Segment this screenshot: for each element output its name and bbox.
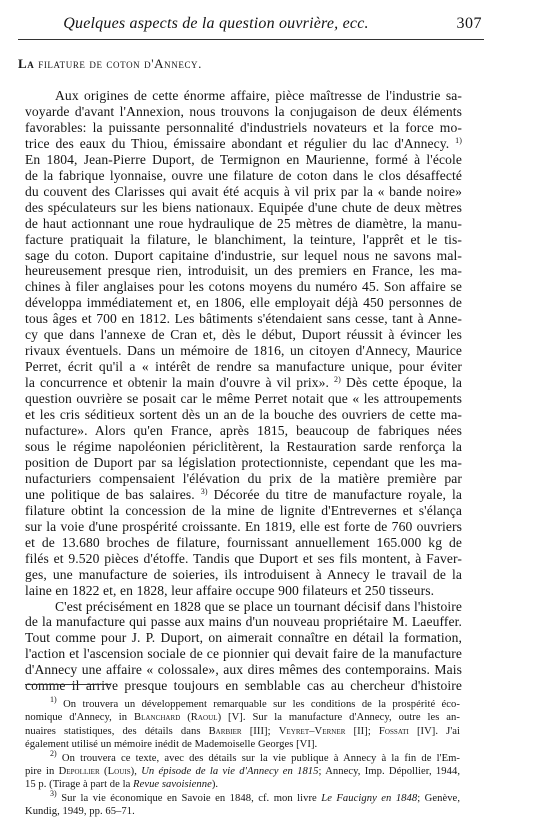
text-line: Aux origines de cette énorme affaire, pi…: [25, 88, 462, 104]
footnote-line: 15 p. (Tirage à part de la Revue savoisi…: [25, 778, 460, 791]
footnote-line: nuaires statistiques, des détails dans B…: [25, 725, 460, 738]
body-text: Aux origines de cette énorme affaire, pi…: [25, 88, 462, 694]
text-line: laine en 1822 et, en 1828, leur affaire …: [25, 583, 462, 599]
text-segment: [II];: [345, 726, 378, 737]
footnote-ref-1[interactable]: 1): [455, 136, 462, 145]
work-title: Revue savoisienne: [133, 779, 212, 790]
text-segment: Décorée du titre de manufacture royale, …: [208, 487, 462, 502]
footnote-line: également utilisé un mémoire inédit de M…: [25, 738, 460, 751]
footnote-line: 1) On trouvera un développement remarqua…: [25, 698, 460, 711]
text-segment: pire in: [25, 766, 59, 777]
text-line: facture pratiquait la filature, le blanc…: [25, 232, 462, 248]
text-line: question ouvrière se posait car le même …: [25, 391, 462, 407]
text-line: trice des eaux du Thiou, émissaire abond…: [25, 136, 462, 152]
footnote-3: 3) Sur la vie économique en Savoie en 18…: [25, 792, 460, 819]
footnote-ref-2[interactable]: 2): [334, 375, 341, 384]
text-segment: [III];: [242, 726, 279, 737]
text-line: sage du coton. Duport capitaine d'indust…: [25, 248, 462, 264]
text-line: nufacturiers compensaient l'élévation du…: [25, 471, 462, 487]
text-segment: 15 p. (Tirage à part de la: [25, 779, 133, 790]
section-heading-text: filature de coton d'Annecy.: [38, 56, 202, 71]
text-segment: On trouvera un développement remarquable…: [57, 699, 460, 710]
footnote-marker: 1): [50, 695, 57, 704]
text-segment: On trouvera ce texte, avec des détails s…: [57, 753, 460, 764]
section-heading: La filature de coton d'Annecy.: [18, 56, 202, 72]
text-line: et de 13.680 broches de filature, fourni…: [25, 535, 462, 551]
text-line: Perret, écrit qu'il a « intérêt de rendr…: [25, 359, 462, 375]
text-line: heureusement presque rien, introduisit, …: [25, 263, 462, 279]
text-line: position de Duport par sa législation pr…: [25, 455, 462, 471]
text-line: de la fabrique lyonnaise, ouvre une fila…: [25, 168, 462, 184]
text-line: d'Annecy une affaire « colossale», aux d…: [25, 662, 462, 678]
text-line: de la manufacture qui passe aux mains d'…: [25, 614, 462, 630]
footnote-marker: 2): [50, 749, 57, 758]
text-segment: [IV]. J'ai: [409, 726, 460, 737]
text-segment: ; Genève,: [417, 793, 460, 804]
work-title: Le Faucigny en 1848: [321, 793, 417, 804]
footnote-2: 2) On trouvera ce texte, avec des détail…: [25, 752, 460, 792]
text-line: Tout comme pour J. P. Duport, on aimerai…: [25, 630, 462, 646]
text-line: et les cris séditieux sortent dès un an …: [25, 407, 462, 423]
footnote-line: 2) On trouvera ce texte, avec des détail…: [25, 752, 460, 765]
text-line: filature obtint la concession de la mine…: [25, 503, 462, 519]
paragraph-2: C'est précisément en 1828 que se place u…: [25, 599, 462, 695]
running-title: Quelques aspects de la question ouvrière…: [18, 15, 414, 33]
author-name: Veyret–Verner: [279, 726, 346, 737]
footnote-line: nomique d'Annecy, in Blanchard (Raoul) […: [25, 711, 460, 724]
footnote-divider: [25, 684, 111, 685]
section-heading-lead: La: [18, 56, 34, 71]
footnote-marker: 3): [50, 789, 57, 798]
text-line: filés et 9.520 pièces d'étoffe. Tandis q…: [25, 551, 462, 567]
footnote-1: 1) On trouvera un développement remarqua…: [25, 698, 460, 752]
text-segment: Sur la vie économique en Savoie en 1848,…: [57, 793, 322, 804]
text-line: l'action et l'ascension sociale de ce pi…: [25, 646, 462, 662]
text-line: des spéculateurs sur les biens nationaux…: [25, 200, 462, 216]
text-line: du couvent des Clarisses qui avait été a…: [25, 184, 462, 200]
text-line: nufacture». Alors qu'en France, après 18…: [25, 423, 462, 439]
footnote-line: pire in Depollier (Louis), Un épisode de…: [25, 765, 460, 778]
author-name: Barbier: [209, 726, 242, 737]
text-line: C'est précisément en 1828 que se place u…: [25, 599, 462, 615]
text-segment: la concurrence et obtenir la main d'ouvr…: [25, 375, 334, 390]
work-title: Un épisode de la vie d'Annecy en 1815: [141, 766, 318, 777]
text-segment: une politique de bas salaires.: [25, 487, 201, 502]
running-head: Quelques aspects de la question ouvrière…: [18, 13, 484, 40]
author-name: Blanchard (Raoul): [134, 712, 221, 723]
text-segment: nomique d'Annecy, in: [25, 712, 134, 723]
text-line: développa immédiatement et, en 1806, ell…: [25, 295, 462, 311]
page-number: 307: [457, 15, 483, 33]
text-line: chines à filer anglaises pour les cotons…: [25, 279, 462, 295]
text-line: ges, une manufacture de soieries, ils in…: [25, 567, 462, 583]
author-name: Fossati: [379, 726, 409, 737]
paragraph-1: Aux origines de cette énorme affaire, pi…: [25, 88, 462, 599]
text-line: voyarde d'avant l'Annexion, nous trouvon…: [25, 104, 462, 120]
text-segment: ).: [212, 779, 218, 790]
text-line: de haut actionnant une roue hydraulique …: [25, 216, 462, 232]
footnote-ref-3[interactable]: 3): [201, 487, 208, 496]
text-line: favorables: la puissante personnalité d'…: [25, 120, 462, 136]
text-segment: trice des eaux du Thiou, émissaire abond…: [25, 136, 455, 151]
footnotes: 1) On trouvera un développement remarqua…: [25, 698, 460, 819]
text-segment: Dès cette époque, la: [341, 375, 462, 390]
book-page: Quelques aspects de la question ouvrière…: [0, 0, 550, 830]
text-line: comme il arrive presque toujours en semb…: [25, 678, 462, 694]
footnote-line: 3) Sur la vie économique en Savoie en 18…: [25, 792, 460, 805]
text-line: sous le régime napoléonien périclitèrent…: [25, 439, 462, 455]
text-line: tous âges et 700 en 1812. Les bâtiments …: [25, 311, 462, 327]
text-line: la concurrence et obtenir la main d'ouvr…: [25, 375, 462, 391]
text-segment: nuaires statistiques, des détails dans: [25, 726, 209, 737]
text-segment: ; Annecy, Imp. Dépollier, 1944,: [319, 766, 461, 777]
text-line: cy que dans l'annexe de Cran et, dès le …: [25, 327, 462, 343]
text-line: une politique de bas salaires. 3) Décoré…: [25, 487, 462, 503]
author-name: Depollier (Louis): [59, 766, 135, 777]
text-line: En 1804, Jean-Pierre Duport, de Termigno…: [25, 152, 462, 168]
footnote-line: Kundig, 1949, pp. 65–71.: [25, 805, 460, 818]
text-segment: [V]. Sur la manufacture d'Annecy, outre …: [221, 712, 460, 723]
text-line: rivaux éventuels. Dans un mémoire de 181…: [25, 343, 462, 359]
text-line: sur la voie d'une prospérité croissante.…: [25, 519, 462, 535]
